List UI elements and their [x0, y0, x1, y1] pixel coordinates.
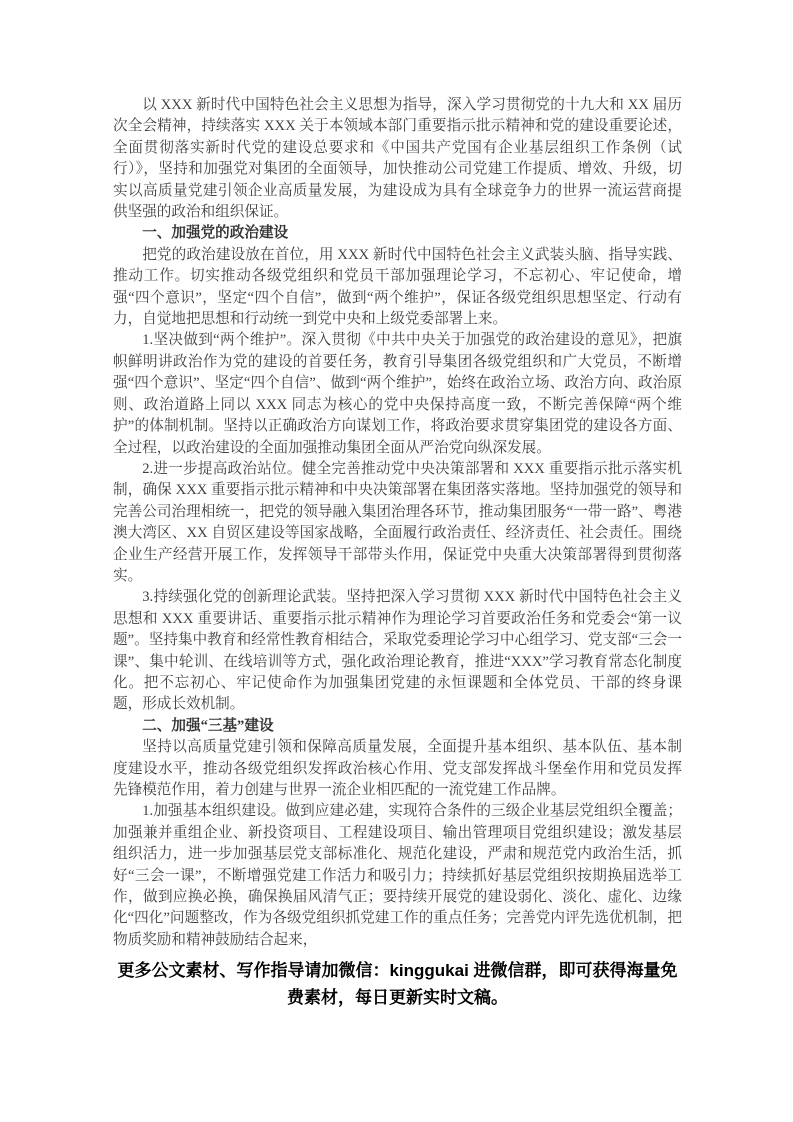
paragraph: 以 XXX 新时代中国特色社会主义思想为指导，深入学习贯彻党的十九大和 XX 届… [113, 95, 682, 223]
section-heading: 一、加强党的政治建设 [113, 223, 682, 244]
paragraph: 1.加强基本组织建设。做到应建必建，实现符合条件的三级企业基层党组织全覆盖；加强… [113, 801, 682, 951]
paragraph: 3.持续强化党的创新理论武装。坚持把深入学习贯彻 XXX 新时代中国特色社会主义… [113, 587, 682, 715]
paragraph: 坚持以高质量党建引领和保障高质量发展，全面提升基本组织、基本队伍、基本制度建设水… [113, 737, 682, 801]
paragraph: 1.坚决做到“两个维护”。深入贯彻《中共中央关于加强党的政治建设的意见》，把旗帜… [113, 330, 682, 458]
document-body: 以 XXX 新时代中国特色社会主义思想为指导，深入学习贯彻党的十九大和 XX 届… [113, 95, 682, 1011]
paragraph: 2.进一步提高政治站位。健全完善推动党中央决策部署和 XXX 重要指示批示落实机… [113, 459, 682, 587]
section-heading: 二、加强“三基”建设 [113, 716, 682, 737]
document-page: 以 XXX 新时代中国特色社会主义思想为指导，深入学习贯彻党的十九大和 XX 届… [0, 0, 793, 1122]
paragraph: 把党的政治建设放在首位，用 XXX 新时代中国特色社会主义武装头脑、指导实践、推… [113, 245, 682, 331]
promo-footer: 更多公文素材、写作指导请加微信：kinggukai 进微信群，即可获得海量免费素… [113, 957, 682, 1011]
